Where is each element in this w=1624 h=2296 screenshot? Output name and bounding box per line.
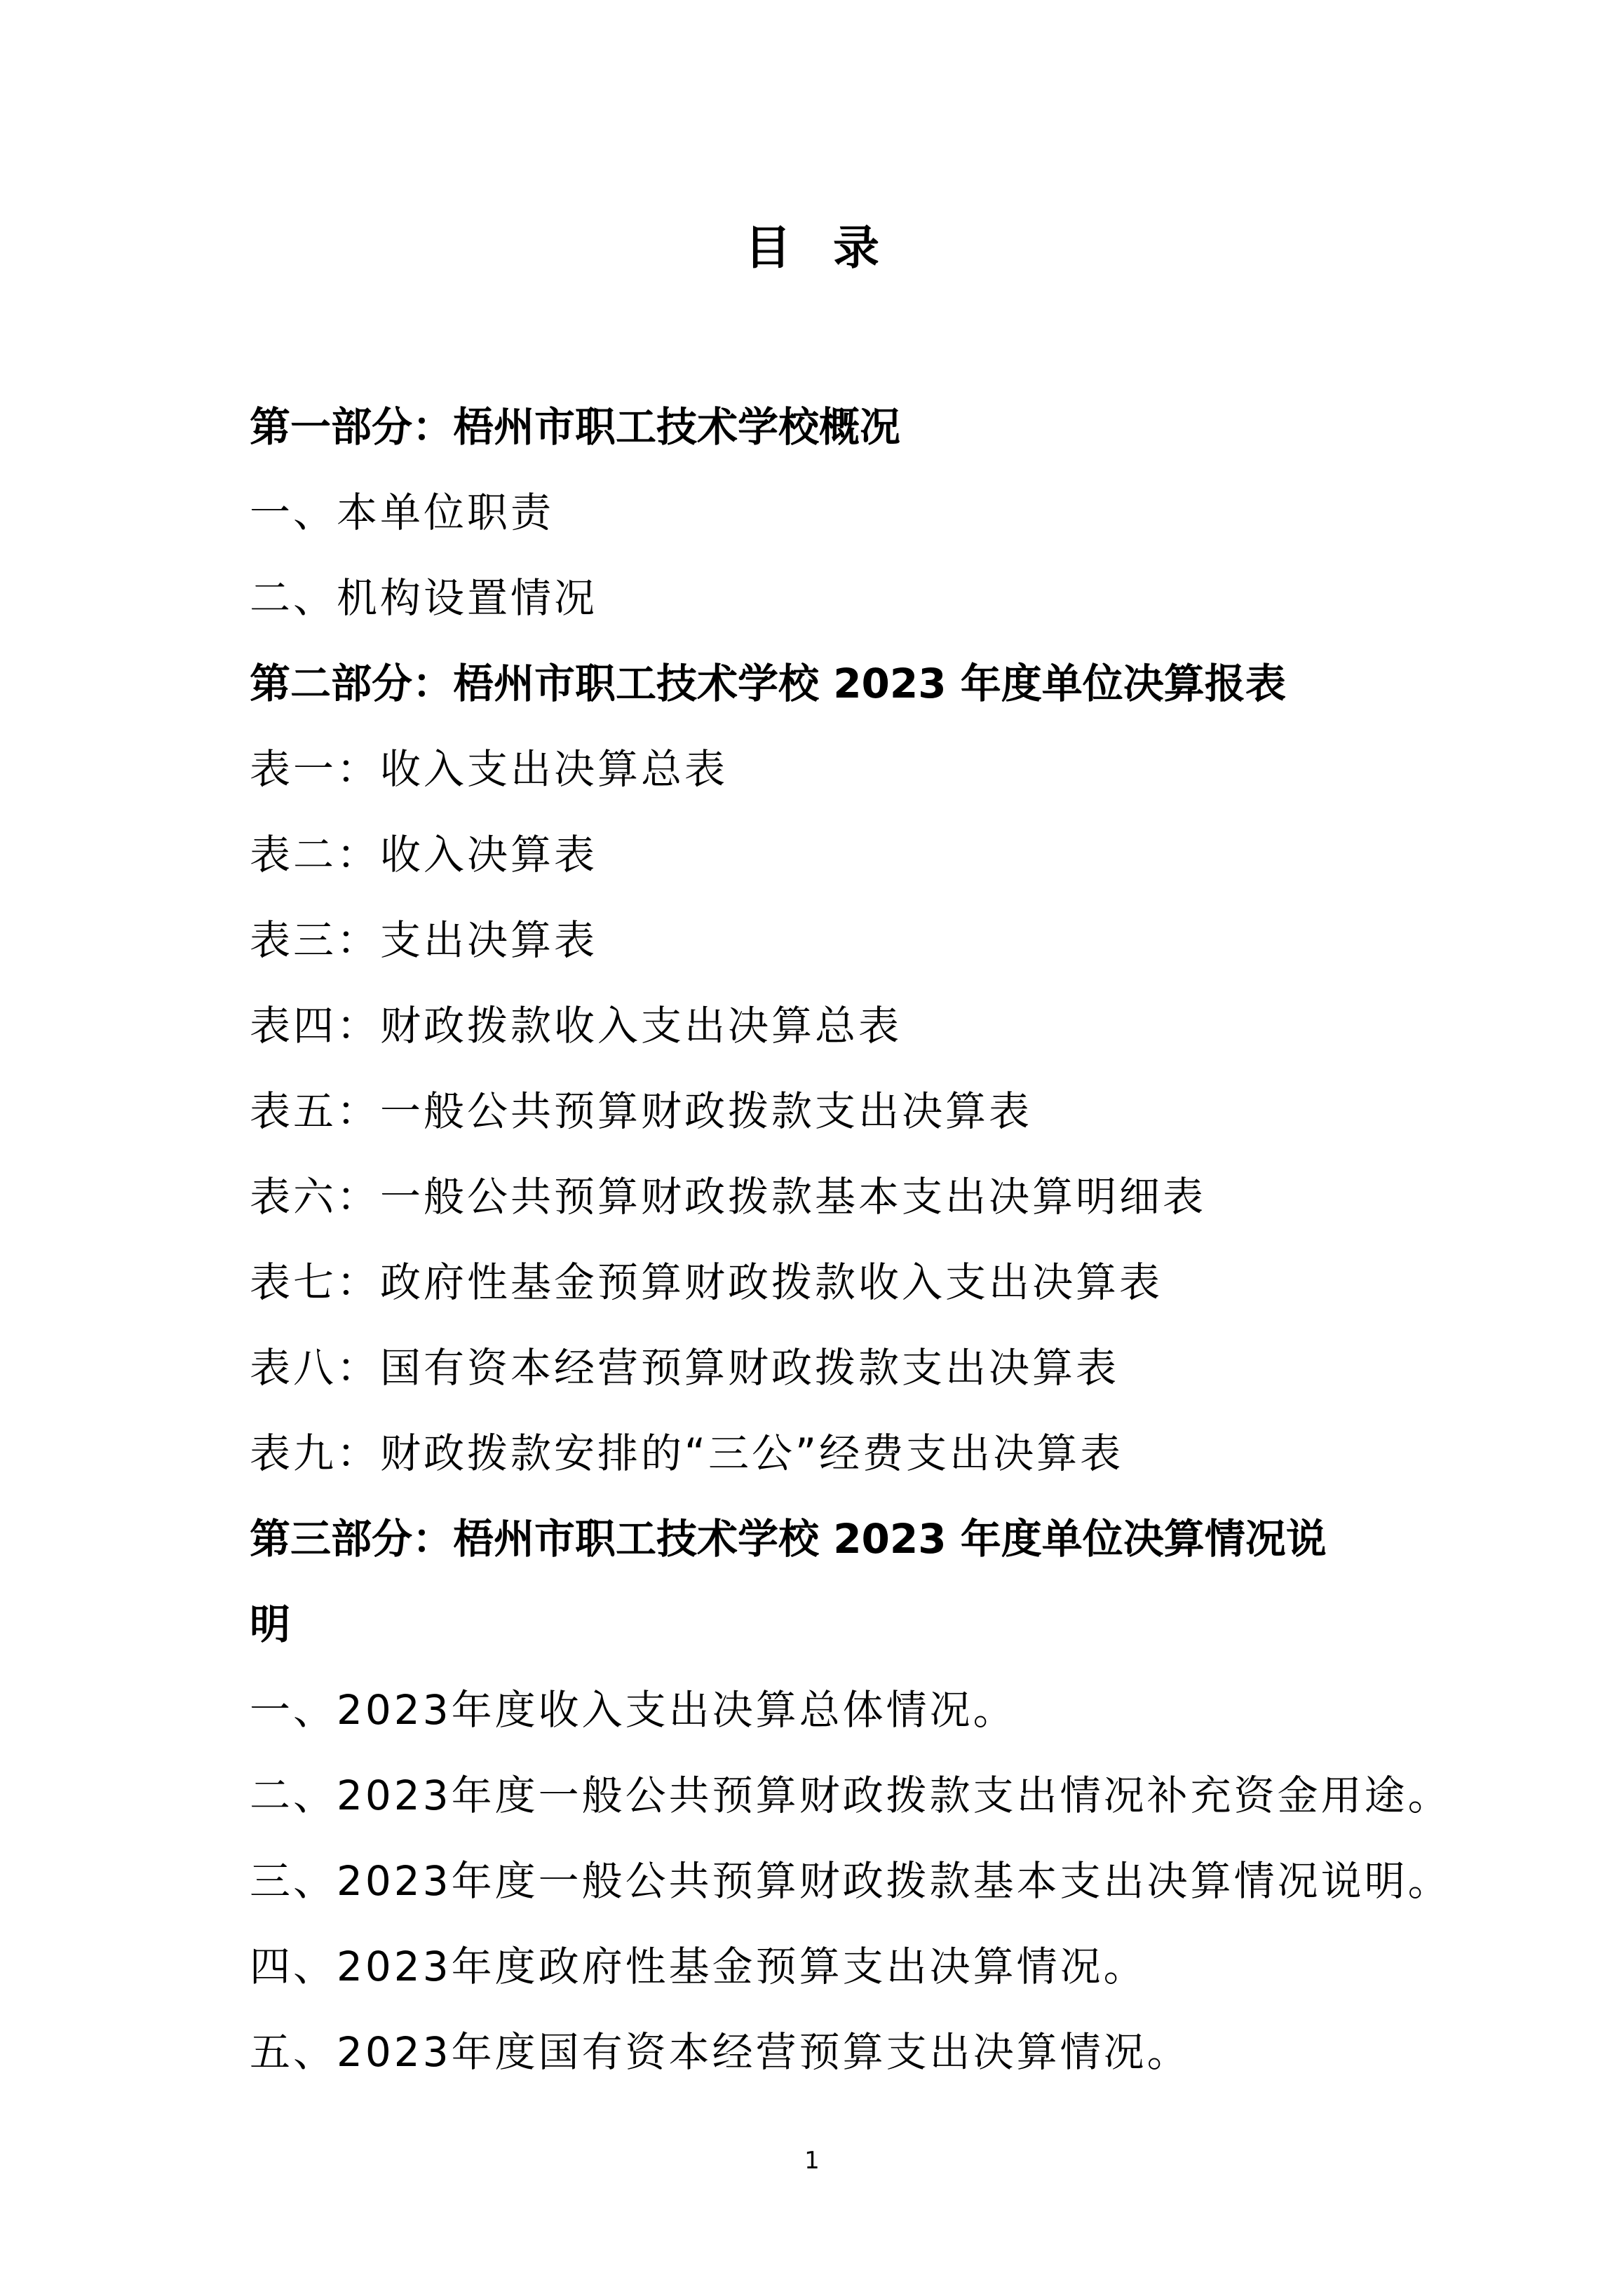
toc-part-1[interactable]: 第一部分：梧州市职工技术学校概况 xyxy=(250,384,1442,470)
toc-item[interactable]: 一、2023年度收入支出决算总体情况。 xyxy=(250,1667,1442,1753)
toc-item[interactable]: 五、2023年度国有资本经营预算支出决算情况。 xyxy=(250,2009,1442,2095)
toc-item[interactable]: 表六：一般公共预算财政拨款基本支出决算明细表 xyxy=(250,1154,1442,1239)
toc-item[interactable]: 一、本单位职责 xyxy=(250,470,1442,555)
toc-item[interactable]: 二、机构设置情况 xyxy=(250,555,1442,641)
toc-item[interactable]: 表一：收入支出决算总表 xyxy=(250,726,1442,812)
page-number: 1 xyxy=(0,2147,1624,2175)
toc-item[interactable]: 表八：国有资本经营预算财政拨款支出决算表 xyxy=(250,1325,1442,1411)
toc-item[interactable]: 表三：支出决算表 xyxy=(250,897,1442,983)
toc-part-2[interactable]: 第二部分：梧州市职工技术学校 2023 年度单位决算报表 xyxy=(250,641,1442,726)
toc-item[interactable]: 表七：政府性基金预算财政拨款收入支出决算表 xyxy=(250,1239,1442,1325)
toc-item[interactable]: 表九：财政拨款安排的“三公”经费支出决算表 xyxy=(250,1411,1442,1496)
toc-part-3[interactable]: 第三部分：梧州市职工技术学校 2023 年度单位决算情况说 xyxy=(250,1496,1442,1582)
toc-item[interactable]: 四、2023年度政府性基金预算支出决算情况。 xyxy=(250,1924,1442,2009)
toc-item[interactable]: 二、2023年度一般公共预算财政拨款支出情况补充资金用途。 xyxy=(250,1753,1442,1838)
page-title: 目录 xyxy=(0,210,1624,277)
toc-item[interactable]: 表五：一般公共预算财政拨款支出决算表 xyxy=(250,1068,1442,1154)
toc-item[interactable]: 三、2023年度一般公共预算财政拨款基本支出决算情况说明。 xyxy=(250,1838,1442,1924)
toc-item[interactable]: 表四：财政拨款收入支出决算总表 xyxy=(250,983,1442,1068)
toc-part-3-continued[interactable]: 明 xyxy=(250,1582,1442,1667)
toc-item[interactable]: 表二：收入决算表 xyxy=(250,812,1442,897)
table-of-contents: 第一部分：梧州市职工技术学校概况 一、本单位职责 二、机构设置情况 第二部分：梧… xyxy=(250,384,1442,2095)
